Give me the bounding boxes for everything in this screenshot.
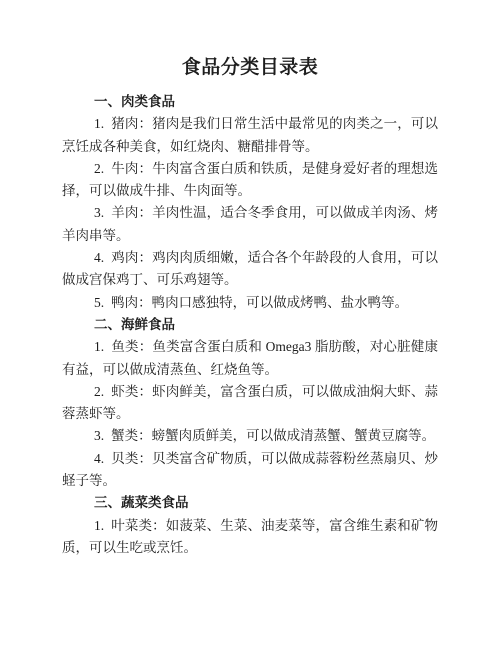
item-number: 5. [94, 295, 104, 310]
item-text: 猪肉：猪肉是我们日常生活中最常见的肉类之一，可以烹饪成各种美食，如红烧肉、糖醋排… [62, 116, 438, 153]
item-text: 虾类：虾肉鲜美，富含蛋白质，可以做成油焖大虾、蒜蓉蒸虾等。 [62, 384, 438, 421]
item-text: 牛肉：牛肉富含蛋白质和铁质，是健身爱好者的理想选择，可以做成牛排、牛肉面等。 [62, 161, 438, 198]
item-number: 1. [94, 518, 104, 533]
list-item-duck: 5.鸭肉：鸭肉口感独特，可以做成烤鸭、盐水鸭等。 [62, 292, 438, 314]
list-item-pork: 1.猪肉：猪肉是我们日常生活中最常见的肉类之一，可以烹饪成各种美食，如红烧肉、糖… [62, 113, 438, 158]
item-text: 鸡肉：鸡肉肉质细嫩，适合各个年龄段的人食用，可以做成宫保鸡丁、可乐鸡翅等。 [62, 250, 438, 287]
list-item-shrimp: 2.虾类：虾肉鲜美，富含蛋白质，可以做成油焖大虾、蒜蓉蒸虾等。 [62, 381, 438, 426]
item-text: 蟹类：螃蟹肉质鲜美，可以做成清蒸蟹、蟹黄豆腐等。 [111, 428, 435, 443]
section-heading-vegetables: 三、蔬菜类食品 [62, 492, 438, 514]
item-number: 3. [94, 205, 104, 220]
list-item-fish: 1.鱼类：鱼类富含蛋白质和 Omega3 脂肪酸，对心脏健康有益，可以做成清蒸鱼… [62, 336, 438, 381]
section-heading-meat: 一、肉类食品 [62, 91, 438, 113]
item-number: 1. [94, 116, 104, 131]
list-item-mutton: 3.羊肉：羊肉性温，适合冬季食用，可以做成羊肉汤、烤羊肉串等。 [62, 202, 438, 247]
list-item-beef: 2.牛肉：牛肉富含蛋白质和铁质，是健身爱好者的理想选择，可以做成牛排、牛肉面等。 [62, 158, 438, 203]
item-number: 4. [94, 250, 104, 265]
item-number: 4. [94, 451, 104, 466]
item-number: 3. [94, 428, 104, 443]
list-item-chicken: 4.鸡肉：鸡肉肉质细嫩，适合各个年龄段的人食用，可以做成宫保鸡丁、可乐鸡翅等。 [62, 247, 438, 292]
item-text: 羊肉：羊肉性温，适合冬季食用，可以做成羊肉汤、烤羊肉串等。 [62, 205, 438, 242]
list-item-shellfish: 4.贝类：贝类富含矿物质，可以做成蒜蓉粉丝蒸扇贝、炒蛏子等。 [62, 448, 438, 493]
item-number: 1. [94, 339, 104, 354]
item-text: 叶菜类：如菠菜、生菜、油麦菜等，富含维生素和矿物质，可以生吃或烹饪。 [62, 518, 438, 555]
document-page: 食品分类目录表 一、肉类食品 1.猪肉：猪肉是我们日常生活中最常见的肉类之一，可… [0, 0, 500, 647]
item-text: 鱼类：鱼类富含蛋白质和 Omega3 脂肪酸，对心脏健康有益，可以做成清蒸鱼、红… [62, 339, 438, 376]
item-number: 2. [94, 161, 104, 176]
document-title: 食品分类目录表 [0, 0, 500, 83]
section-heading-seafood: 二、海鲜食品 [62, 314, 438, 336]
list-item-crab: 3.蟹类：螃蟹肉质鲜美，可以做成清蒸蟹、蟹黄豆腐等。 [62, 425, 438, 447]
document-body: 一、肉类食品 1.猪肉：猪肉是我们日常生活中最常见的肉类之一，可以烹饪成各种美食… [62, 91, 438, 559]
item-number: 2. [94, 384, 104, 399]
list-item-leafy-greens: 1.叶菜类：如菠菜、生菜、油麦菜等，富含维生素和矿物质，可以生吃或烹饪。 [62, 515, 438, 560]
item-text: 鸭肉：鸭肉口感独特，可以做成烤鸭、盐水鸭等。 [111, 295, 408, 310]
item-text: 贝类：贝类富含矿物质，可以做成蒜蓉粉丝蒸扇贝、炒蛏子等。 [62, 451, 438, 488]
